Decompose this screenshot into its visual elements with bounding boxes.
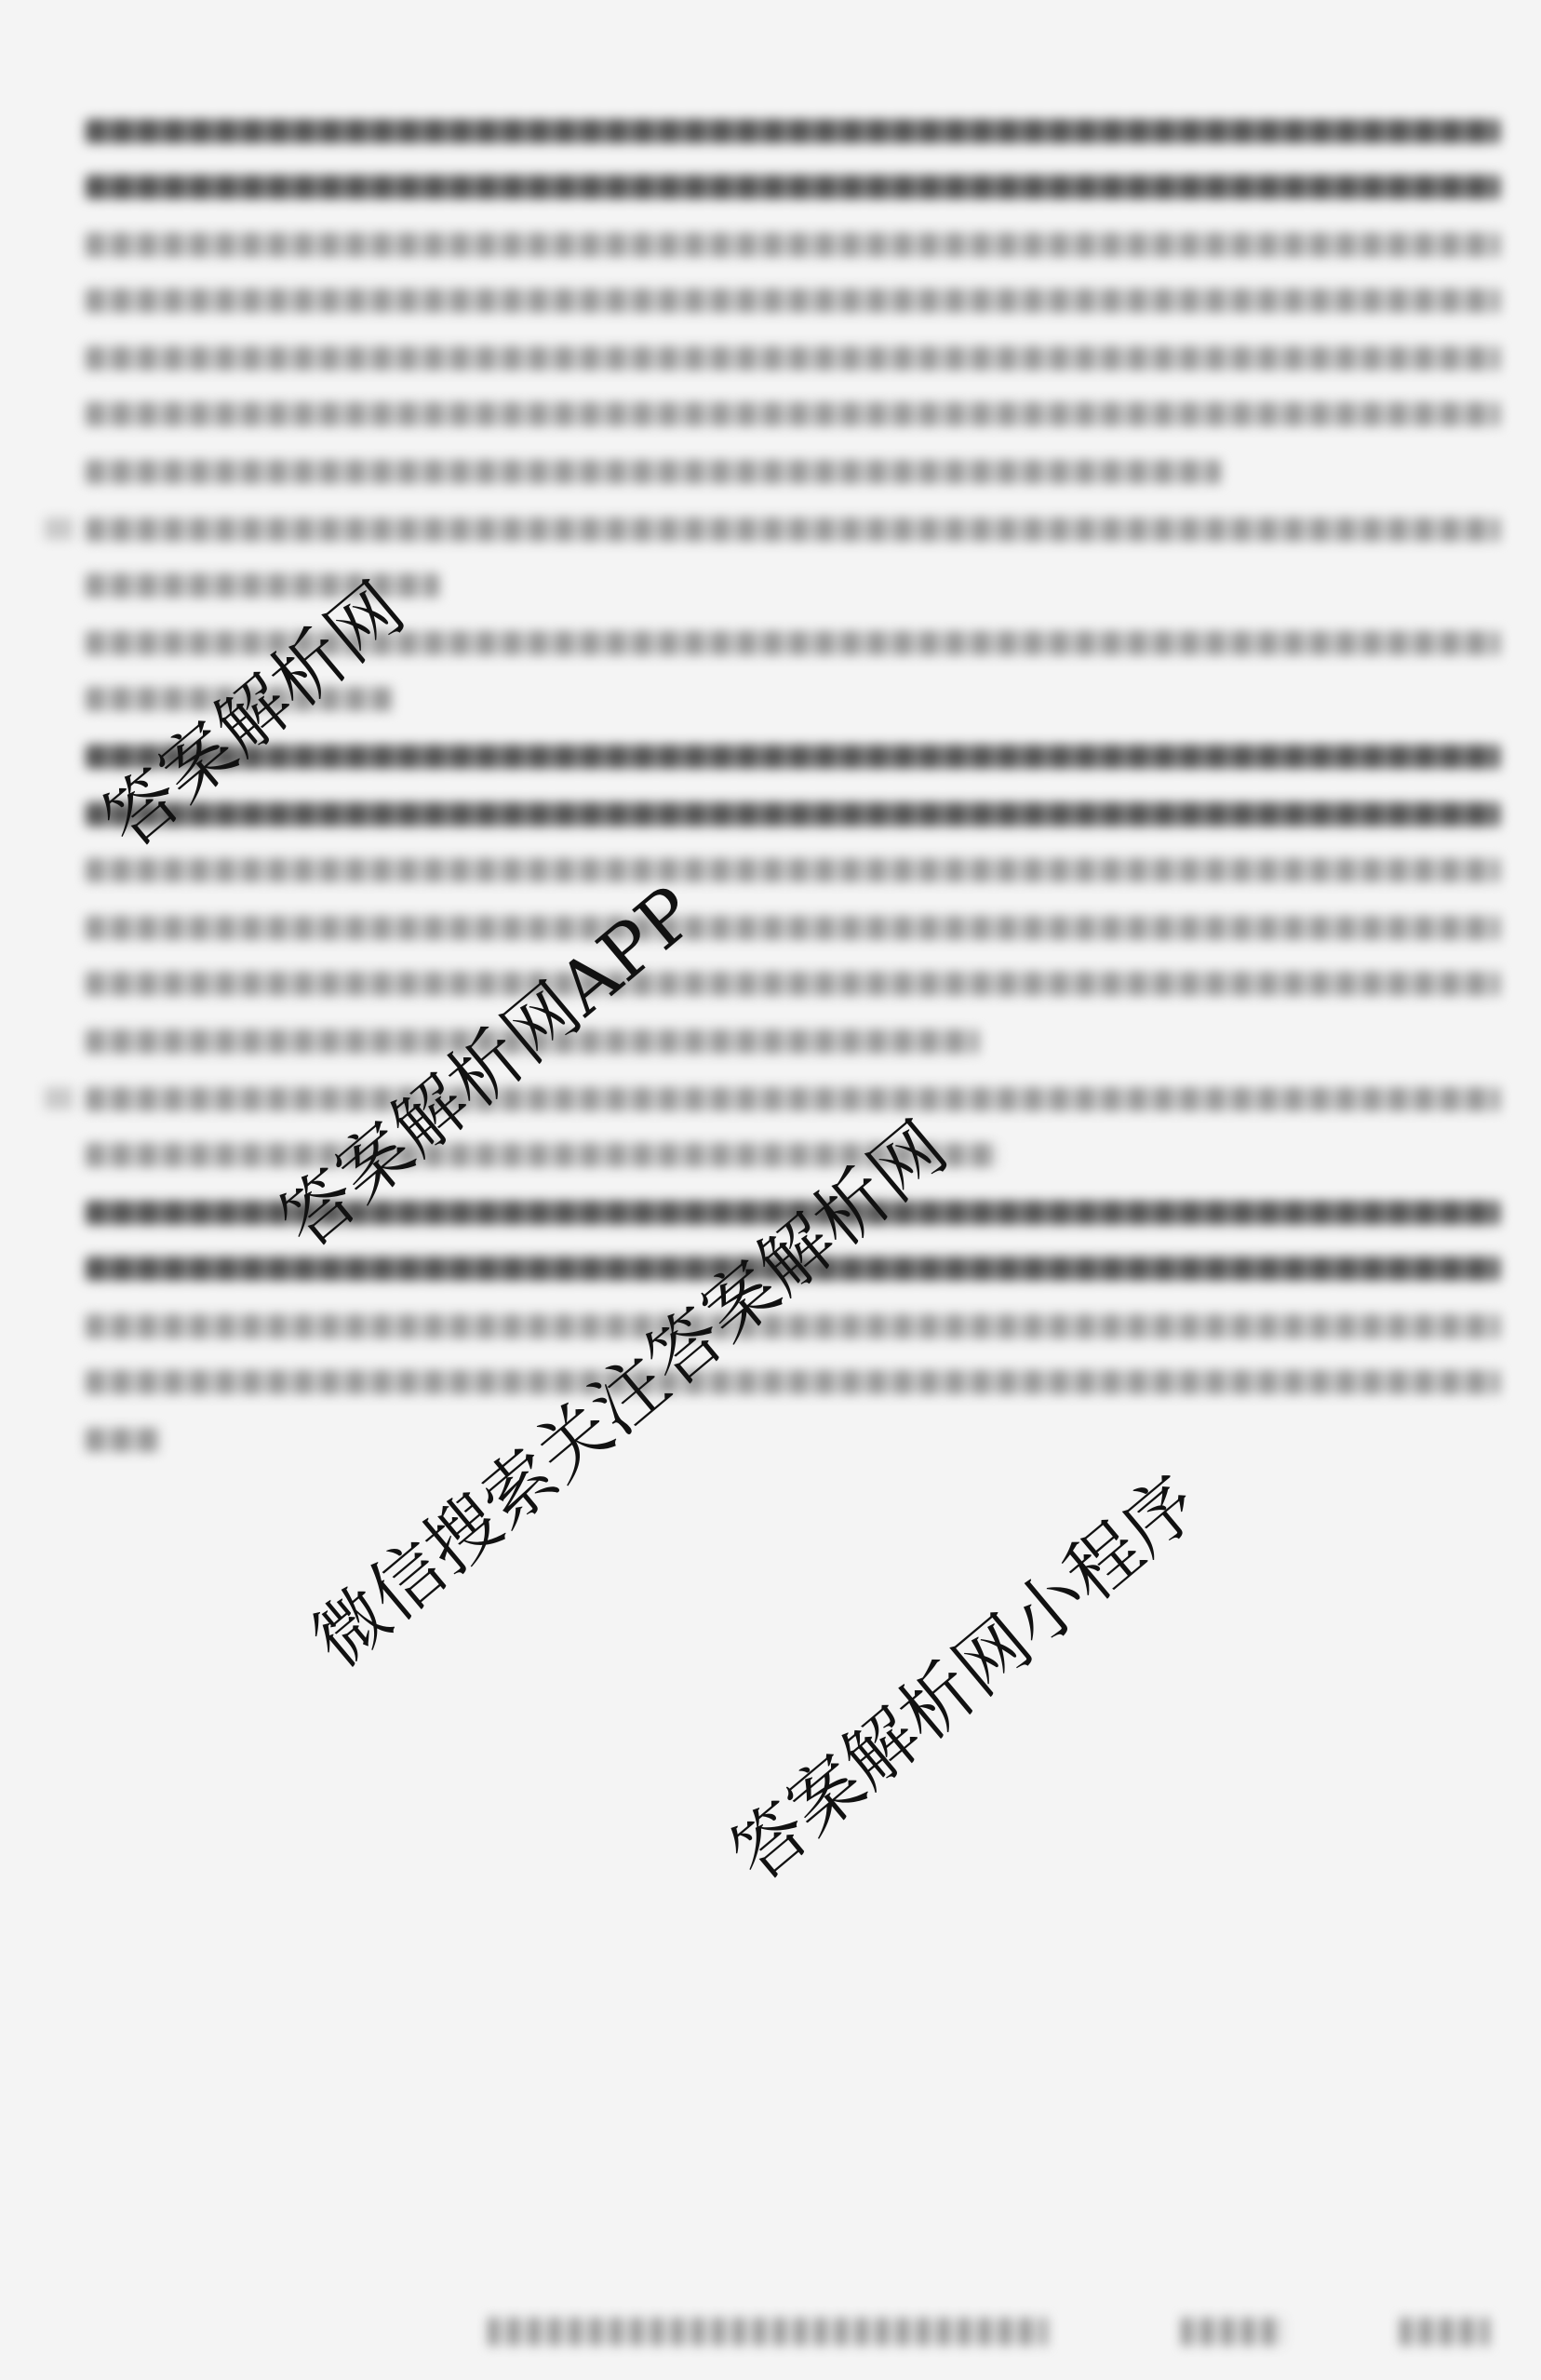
text-line — [86, 175, 1500, 199]
text-line — [86, 402, 1500, 426]
text-line — [86, 518, 1500, 542]
question-number — [45, 1087, 73, 1109]
footer-text — [489, 2318, 1047, 2346]
text-line — [86, 858, 1500, 882]
text-line — [86, 745, 1500, 769]
text-line — [86, 460, 1221, 484]
text-line — [86, 972, 1500, 996]
text-line — [86, 802, 1500, 827]
question-number — [45, 518, 73, 540]
text-line — [86, 289, 1500, 313]
text-line — [86, 1087, 1500, 1111]
text-line — [86, 916, 1500, 940]
text-line — [86, 119, 1500, 143]
watermark: 答案解析网小程序 — [705, 1447, 1217, 1901]
text-line — [86, 346, 1500, 370]
text-line — [86, 1428, 160, 1452]
footer-page-number — [1400, 2318, 1489, 2346]
footer-code — [1182, 2318, 1284, 2346]
text-line — [86, 233, 1500, 257]
text-line — [86, 1370, 1500, 1394]
